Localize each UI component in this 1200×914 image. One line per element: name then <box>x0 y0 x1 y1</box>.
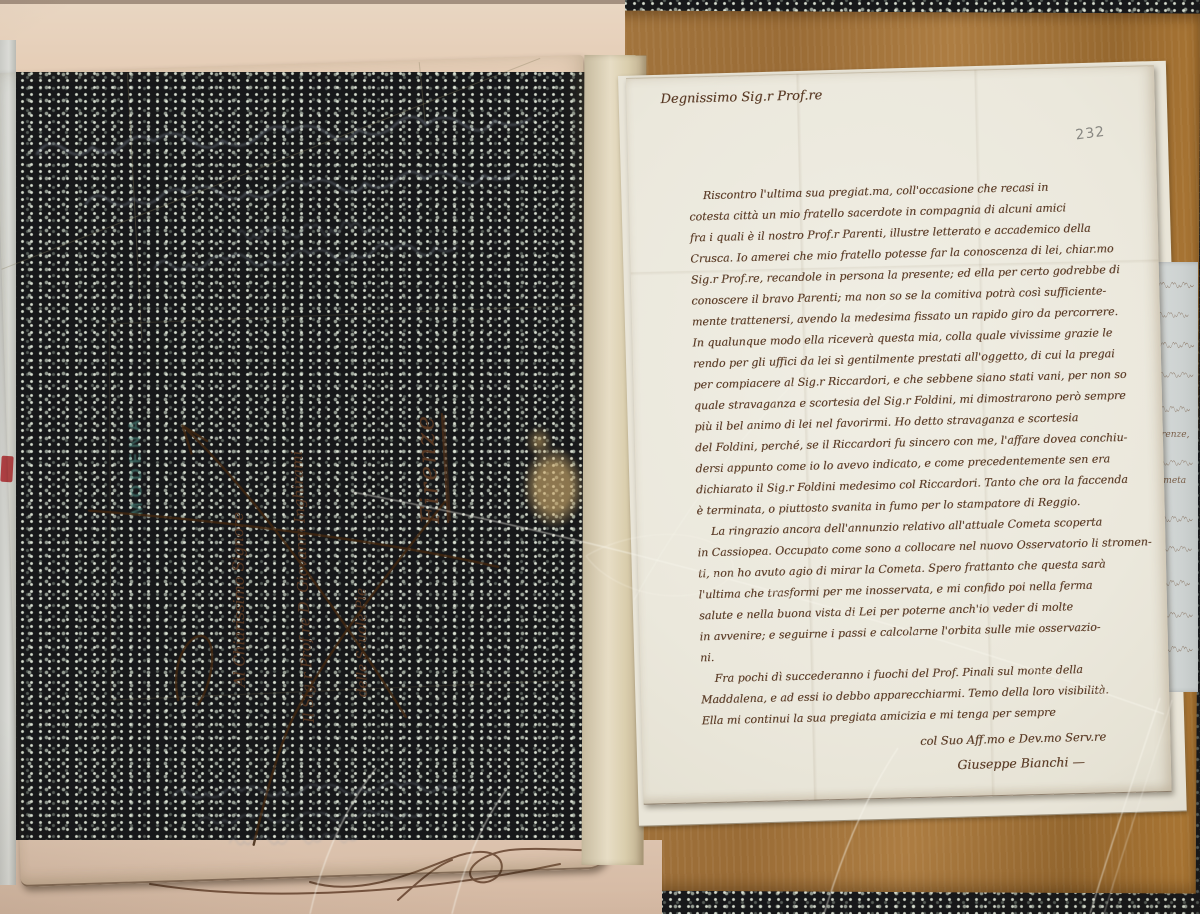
paraph-flourish <box>175 636 214 705</box>
left-page: MODENA Al Chiarissimo Signore Il Sig.r P… <box>0 55 609 887</box>
letter-page: Degnissimo Sig.r Prof.re 232 Riscontro l… <box>626 65 1172 805</box>
pencil-scribbles <box>167 759 470 868</box>
letter-body: Riscontro l'ultima sua pregiat.ma, coll'… <box>689 174 1168 731</box>
letter-salutation: Degnissimo Sig.r Prof.re <box>660 88 822 107</box>
manuscript-photo: { "archive": { "page_number": "232" }, "… <box>0 0 1200 914</box>
letter-signature: Giuseppe Bianchi — <box>703 752 1169 778</box>
page-number-pencil: 232 <box>1075 124 1107 144</box>
letter-closing: col Suo Aff.mo e Dev.mo Serv.re <box>702 728 1168 753</box>
